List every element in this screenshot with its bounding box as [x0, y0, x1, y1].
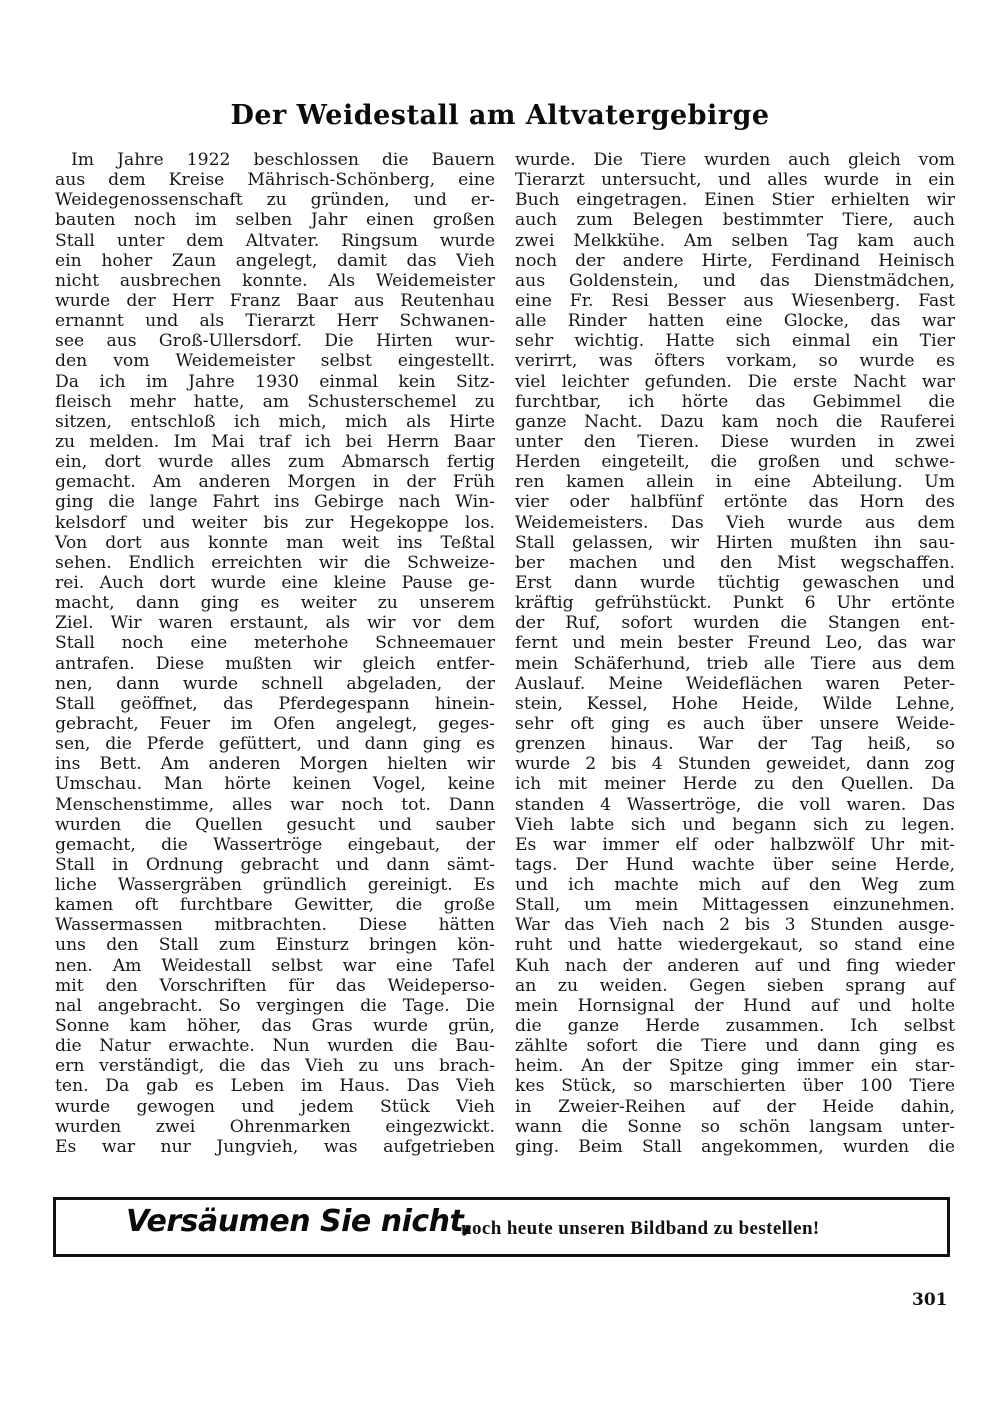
- text-line: wurde 2 bis 4 Stunden geweidet, dann zog: [515, 754, 955, 774]
- text-line: Stall, um mein Mittagessen einzunehmen.: [515, 895, 955, 915]
- advertisement-box: Versäumen Sie nicht, noch heute unseren …: [53, 1197, 950, 1257]
- text-line: kelsdorf und weiter bis zur Hegekoppe lo…: [55, 513, 495, 533]
- text-line: liche Wassergräben gründlich gereinigt. …: [55, 875, 495, 895]
- text-line: und ich machte mich auf den Weg zum: [515, 875, 955, 895]
- text-line: heim. An der Spitze ging immer ein star-: [515, 1056, 955, 1076]
- text-line: verirrt, was öfters vorkam, so wurde es: [515, 351, 955, 371]
- text-line: Da ich im Jahre 1930 einmal kein Sitz-: [55, 372, 495, 392]
- text-line: sehr oft ging es auch über unsere Weide-: [515, 714, 955, 734]
- text-line: wurden zwei Ohrenmarken eingezwickt.: [55, 1117, 495, 1137]
- text-line: an zu weiden. Gegen sieben sprang auf: [515, 976, 955, 996]
- text-line: wann die Sonne so schön langsam unter-: [515, 1117, 955, 1137]
- text-line: gebracht, Feuer im Ofen angelegt, geges-: [55, 714, 495, 734]
- text-line: see aus Groß-Ullersdorf. Die Hirten wur-: [55, 331, 495, 351]
- text-line: War das Vieh nach 2 bis 3 Stunden ausge-: [515, 915, 955, 935]
- text-line: gemacht, die Wassertröge eingebaut, der: [55, 835, 495, 855]
- text-line: wurde der Herr Franz Baar aus Reutenhau: [55, 291, 495, 311]
- text-line: ernannt und als Tierarzt Herr Schwanen-: [55, 311, 495, 331]
- text-line: furchtbar, ich hörte das Gebimmel die: [515, 392, 955, 412]
- text-line: antrafen. Diese mußten wir gleich entfer…: [55, 654, 495, 674]
- text-line: nen. Am Weidestall selbst war eine Tafel: [55, 956, 495, 976]
- text-line: eine Fr. Resi Besser aus Wiesenberg. Fas…: [515, 291, 955, 311]
- text-line: standen 4 Wassertröge, die voll waren. D…: [515, 795, 955, 815]
- text-line: unter den Tieren. Diese wurden in zwei: [515, 432, 955, 452]
- text-line: macht, dann ging es weiter zu unserem: [55, 593, 495, 613]
- text-line: Stall unter dem Altvater. Ringsum wurde: [55, 231, 495, 251]
- text-line: ern verständigt, die das Vieh zu uns bra…: [55, 1056, 495, 1076]
- text-line: kes Stück, so marschierten über 100 Tier…: [515, 1076, 955, 1096]
- text-line: in Zweier-Reihen auf der Heide dahin,: [515, 1097, 955, 1117]
- text-line: Von dort aus konnte man weit ins Teßtal: [55, 533, 495, 553]
- text-line: alle Rinder hatten eine Glocke, das war: [515, 311, 955, 331]
- text-line: ein hoher Zaun angelegt, damit das Vieh: [55, 251, 495, 271]
- text-line: zählte sofort die Tiere und dann ging es: [515, 1036, 955, 1056]
- article-column-left: Im Jahre 1922 beschlossen die Bauernaus …: [55, 150, 495, 1157]
- advertisement-text: noch heute unseren Bildband zu bestellen…: [461, 1218, 820, 1240]
- text-line: ten. Da gab es Leben im Haus. Das Vieh: [55, 1076, 495, 1096]
- text-line: gemacht. Am anderen Morgen in der Früh: [55, 472, 495, 492]
- text-line: Menschenstimme, alles war noch tot. Dann: [55, 795, 495, 815]
- text-line: Auslauf. Meine Weideflächen waren Peter-: [515, 674, 955, 694]
- text-line: Weidegenossenschaft zu gründen, und er-: [55, 190, 495, 210]
- text-line: Erst dann wurde tüchtig gewaschen und: [515, 573, 955, 593]
- text-line: nen, dann wurde schnell abgeladen, der: [55, 674, 495, 694]
- text-line: den vom Weidemeister selbst eingestellt.: [55, 351, 495, 371]
- text-line: Herden eingeteilt, die großen und schwe-: [515, 452, 955, 472]
- text-line: rei. Auch dort wurde eine kleine Pause g…: [55, 573, 495, 593]
- text-line: zu melden. Im Mai traf ich bei Herrn Baa…: [55, 432, 495, 452]
- text-line: fernt und mein bester Freund Leo, das wa…: [515, 633, 955, 653]
- text-line: aus dem Kreise Mährisch-Schönberg, eine: [55, 170, 495, 190]
- text-line: Wassermassen mitbrachten. Diese hätten: [55, 915, 495, 935]
- text-line: auch zum Belegen bestimmter Tiere, auch: [515, 210, 955, 230]
- text-line: sitzen, entschloß ich mich, mich als Hir…: [55, 412, 495, 432]
- text-line: sen, die Pferde gefüttert, und dann ging…: [55, 734, 495, 754]
- text-line: Tierarzt untersucht, und alles wurde in …: [515, 170, 955, 190]
- text-line: Buch eingetragen. Einen Stier erhielten …: [515, 190, 955, 210]
- text-line: Stall noch eine meterhohe Schneemauer: [55, 633, 495, 653]
- text-line: Stall gelassen, wir Hirten mußten ihn sa…: [515, 533, 955, 553]
- text-line: aus Goldenstein, und das Dienstmädchen,: [515, 271, 955, 291]
- text-line: Umschau. Man hörte keinen Vogel, keine: [55, 774, 495, 794]
- text-line: Sonne kam höher, das Gras wurde grün,: [55, 1016, 495, 1036]
- text-line: die ganze Herde zusammen. Ich selbst: [515, 1016, 955, 1036]
- text-line: sehr wichtig. Hatte sich einmal ein Tier: [515, 331, 955, 351]
- text-line: ging. Beim Stall angekommen, wurden die: [515, 1137, 955, 1157]
- text-line: kamen oft furchtbare Gewitter, die große: [55, 895, 495, 915]
- text-line: ganze Nacht. Dazu kam noch die Rauferei: [515, 412, 955, 432]
- text-line: nicht ausbrechen konnte. Als Weidemeiste…: [55, 271, 495, 291]
- text-line: vier oder halbfünf ertönte das Horn des: [515, 492, 955, 512]
- text-line: grenzen hinaus. War der Tag heiß, so: [515, 734, 955, 754]
- text-line: bauten noch im selben Jahr einen großen: [55, 210, 495, 230]
- article-column-right: wurde. Die Tiere wurden auch gleich vomT…: [515, 150, 955, 1157]
- text-line: mein Hornsignal der Hund auf und holte: [515, 996, 955, 1016]
- text-line: Stall in Ordnung gebracht und dann sämt-: [55, 855, 495, 875]
- text-line: wurde. Die Tiere wurden auch gleich vom: [515, 150, 955, 170]
- text-line: kräftig gefrühstückt. Punkt 6 Uhr ertönt…: [515, 593, 955, 613]
- text-line: uns den Stall zum Einsturz bringen kön-: [55, 935, 495, 955]
- text-line: Es war immer elf oder halbzwölf Uhr mit-: [515, 835, 955, 855]
- text-line: mit den Vorschriften für das Weideperso-: [55, 976, 495, 996]
- text-line: die Natur erwachte. Nun wurden die Bau-: [55, 1036, 495, 1056]
- text-line: ein, dort wurde alles zum Abmarsch ferti…: [55, 452, 495, 472]
- text-line: Stall geöffnet, das Pferdegespann hinein…: [55, 694, 495, 714]
- text-line: Weidemeisters. Das Vieh wurde aus dem: [515, 513, 955, 533]
- article-title: Der Weidestall am Altvatergebirge: [0, 100, 1000, 131]
- text-line: ins Bett. Am anderen Morgen hielten wir: [55, 754, 495, 774]
- text-line: mein Schäferhund, trieb alle Tiere aus d…: [515, 654, 955, 674]
- text-line: Vieh labte sich und begann sich zu legen…: [515, 815, 955, 835]
- text-line: Ziel. Wir waren erstaunt, als wir vor de…: [55, 613, 495, 633]
- text-line: nal angebracht. So vergingen die Tage. D…: [55, 996, 495, 1016]
- text-line: wurden die Quellen gesucht und sauber: [55, 815, 495, 835]
- text-line: sehen. Endlich erreichten wir die Schwei…: [55, 553, 495, 573]
- text-line: viel leichter gefunden. Die erste Nacht …: [515, 372, 955, 392]
- text-line: tags. Der Hund wachte über seine Herde,: [515, 855, 955, 875]
- text-line: Im Jahre 1922 beschlossen die Bauern: [55, 150, 495, 170]
- page-number: 301: [912, 1290, 948, 1310]
- text-line: noch der andere Hirte, Ferdinand Heinisc…: [515, 251, 955, 271]
- text-line: ging die lange Fahrt ins Gebirge nach Wi…: [55, 492, 495, 512]
- text-line: der Ruf, sofort wurden die Stangen ent-: [515, 613, 955, 633]
- text-line: wurde gewogen und jedem Stück Vieh: [55, 1097, 495, 1117]
- text-line: stein, Kessel, Hohe Heide, Wilde Lehne,: [515, 694, 955, 714]
- text-line: zwei Melkkühe. Am selben Tag kam auch: [515, 231, 955, 251]
- advertisement-headline: Versäumen Sie nicht,: [126, 1204, 474, 1239]
- text-line: Es war nur Jungvieh, was aufgetrieben: [55, 1137, 495, 1157]
- text-line: ber machen und den Mist wegschaffen.: [515, 553, 955, 573]
- text-line: fleisch mehr hatte, am Schusterschemel z…: [55, 392, 495, 412]
- text-line: Kuh nach der anderen auf und fing wieder: [515, 956, 955, 976]
- text-line: ruht und hatte wiedergekaut, so stand ei…: [515, 935, 955, 955]
- text-line: ren kamen allein in eine Abteilung. Um: [515, 472, 955, 492]
- text-line: ich mit meiner Herde zu den Quellen. Da: [515, 774, 955, 794]
